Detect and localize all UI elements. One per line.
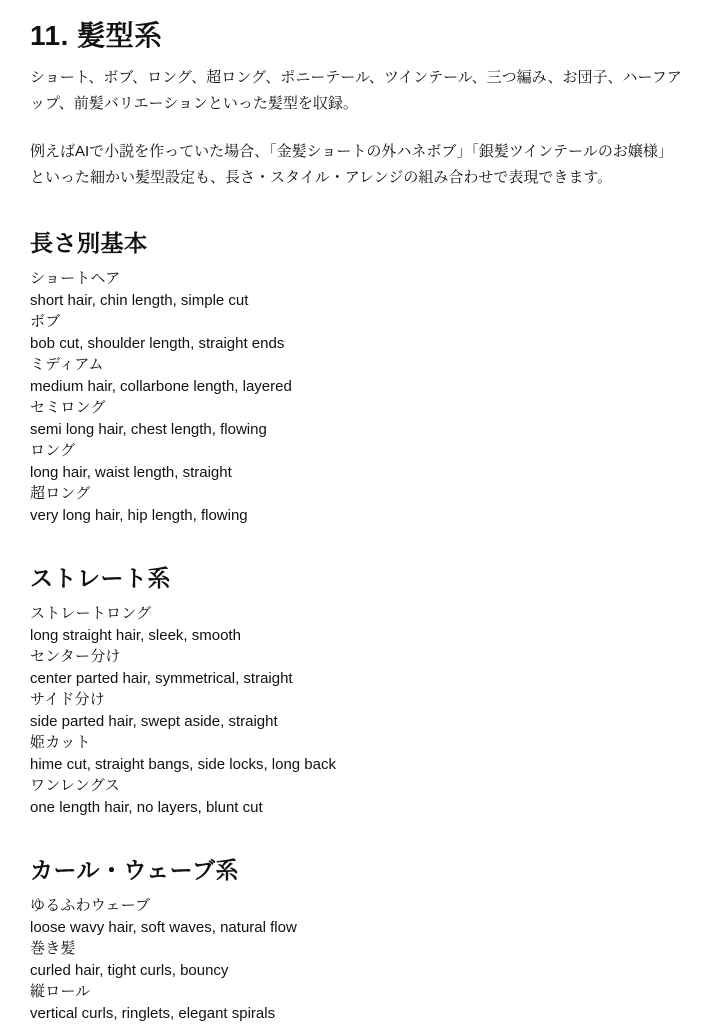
entry-prompt: side parted hair, swept aside, straight (30, 711, 682, 733)
entry-prompt: short hair, chin length, simple cut (30, 290, 682, 312)
entry-prompt: long straight hair, sleek, smooth (30, 625, 682, 647)
entry-prompt: bob cut, shoulder length, straight ends (30, 333, 682, 355)
entry-prompt: loose wavy hair, soft waves, natural flo… (30, 917, 682, 939)
entry-term: 巻き髪 (30, 938, 682, 960)
entry-prompt: semi long hair, chest length, flowing (30, 419, 682, 441)
entry-prompt: very long hair, hip length, flowing (30, 505, 682, 527)
entry-prompt: long hair, waist length, straight (30, 462, 682, 484)
section-heading: ストレート系 (30, 564, 682, 593)
entry-term: ロング (30, 440, 682, 462)
entry-term: センター分け (30, 646, 682, 668)
entry-term: ショートヘア (30, 268, 682, 290)
entry-prompt: curled hair, tight curls, bouncy (30, 960, 682, 982)
entry-list: ストレートロングlong straight hair, sleek, smoot… (30, 603, 682, 818)
entry-term: ストレートロング (30, 603, 682, 625)
entry-term: ボブ (30, 311, 682, 333)
entry-list: ゆるふわウェーブloose wavy hair, soft waves, nat… (30, 895, 682, 1024)
section-heading: 長さ別基本 (30, 229, 682, 258)
entry-term: ワンレングス (30, 775, 682, 797)
sections-container: 長さ別基本ショートヘアshort hair, chin length, simp… (30, 229, 682, 1024)
entry-prompt: one length hair, no layers, blunt cut (30, 797, 682, 819)
section-heading: カール・ウェーブ系 (30, 856, 682, 885)
entry-term: 縦ロール (30, 981, 682, 1003)
entry-list: ショートヘアshort hair, chin length, simple cu… (30, 268, 682, 526)
entry-term: ゆるふわウェーブ (30, 895, 682, 917)
entry-term: サイド分け (30, 689, 682, 711)
intro-paragraph-2: 例えばAIで小説を作っていた場合、「金髪ショートの外ハネボブ」「銀髪ツインテール… (30, 139, 682, 191)
document-page: 11. 髪型系 ショート、ボブ、ロング、超ロング、ポニーテール、ツインテール、三… (0, 0, 712, 1024)
page-title: 11. 髪型系 (30, 18, 682, 53)
entry-prompt: vertical curls, ringlets, elegant spiral… (30, 1003, 682, 1024)
entry-prompt: center parted hair, symmetrical, straigh… (30, 668, 682, 690)
entry-prompt: hime cut, straight bangs, side locks, lo… (30, 754, 682, 776)
intro-paragraph-1: ショート、ボブ、ロング、超ロング、ポニーテール、ツインテール、三つ編み、お団子、… (30, 65, 682, 117)
entry-term: セミロング (30, 397, 682, 419)
entry-term: 超ロング (30, 483, 682, 505)
entry-prompt: medium hair, collarbone length, layered (30, 376, 682, 398)
entry-term: ミディアム (30, 354, 682, 376)
entry-term: 姫カット (30, 732, 682, 754)
